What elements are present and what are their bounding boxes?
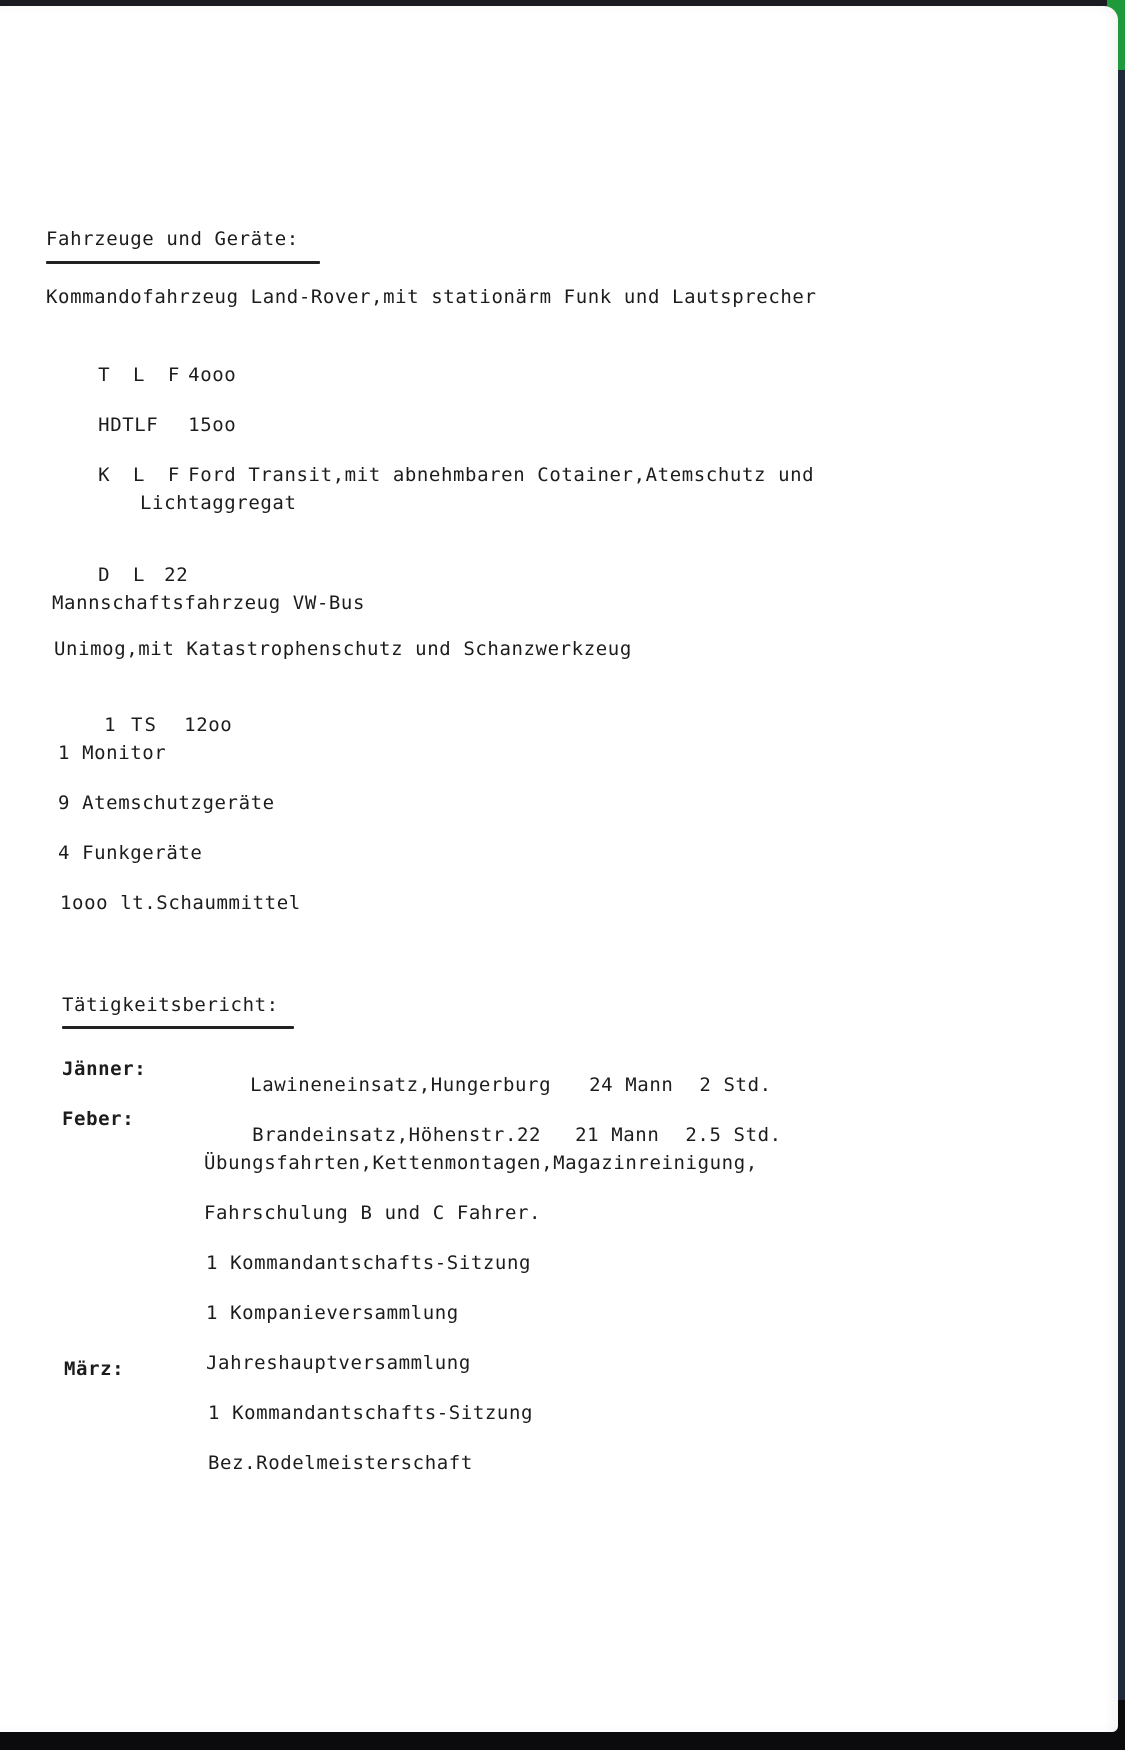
- heading-underline: [62, 1026, 294, 1029]
- section-heading-vehicles: Fahrzeuge und Geräte:: [46, 228, 299, 250]
- month-label-january: Jänner:: [62, 1058, 146, 1080]
- equipment-spec: 12oo: [184, 714, 232, 736]
- vehicle-spec: 4ooo: [188, 364, 236, 386]
- activity-entry: Fahrschulung B und C Fahrer.: [204, 1202, 541, 1224]
- activity-entry: Übungsfahrten,Kettenmontagen,Magazinrein…: [204, 1152, 758, 1174]
- document-page: Fahrzeuge und Geräte: Kommandofahrzeug L…: [0, 6, 1118, 1732]
- vehicle-code: T L F: [98, 364, 188, 386]
- vehicle-code: K L F: [98, 464, 188, 486]
- activity-men: 24 Mann: [589, 1074, 673, 1096]
- activity-entry: 1 Kommandantschafts-Sitzung: [206, 1252, 531, 1274]
- activity-entry: 1 Kommandantschafts-Sitzung: [208, 1402, 533, 1424]
- vehicle-spec: 22: [164, 564, 188, 586]
- activity-entry: Jahreshauptversammlung: [206, 1352, 471, 1374]
- activity-entry: 1 Kompanieversammlung: [206, 1302, 459, 1324]
- activity-text: Brandeinsatz,Höhenstr.22: [252, 1124, 541, 1146]
- activity-entry: Bez.Rodelmeisterschaft: [208, 1452, 473, 1474]
- month-label-march: März:: [64, 1358, 124, 1380]
- equipment-item-breathing-apparatus: 9 Atemschutzgeräte: [58, 792, 275, 814]
- heading-underline: [46, 261, 320, 264]
- vehicle-spec: Ford Transit,mit abnehmbaren Cotainer,At…: [188, 464, 814, 486]
- equipment-item-foam: 1ooo lt.Schaummittel: [60, 892, 301, 914]
- activity-hours: 2.5 Std.: [685, 1124, 781, 1146]
- activity-text: Lawineneinsatz,Hungerburg: [250, 1074, 551, 1096]
- activity-hours: 2 Std.: [699, 1074, 771, 1096]
- vehicle-item-klf-continued: Lichtaggregat: [140, 492, 297, 514]
- vehicle-code: D L: [98, 564, 164, 586]
- activity-men: 21 Mann: [575, 1124, 659, 1146]
- equipment-code: 1 TS: [104, 714, 184, 736]
- month-label-february: Feber:: [62, 1108, 134, 1130]
- vehicle-spec: 15oo: [188, 414, 236, 436]
- vehicle-item-crew-bus: Mannschaftsfahrzeug VW-Bus: [52, 592, 365, 614]
- vehicle-item-unimog: Unimog,mit Katastrophenschutz und Schanz…: [54, 638, 632, 660]
- equipment-item-radios: 4 Funkgeräte: [58, 842, 202, 864]
- section-heading-activity-report: Tätigkeitsbericht:: [62, 994, 279, 1016]
- vehicle-code: HDTLF: [98, 414, 188, 436]
- vehicle-item-command-vehicle: Kommandofahrzeug Land-Rover,mit stationä…: [46, 286, 817, 308]
- equipment-item-monitor: 1 Monitor: [58, 742, 166, 764]
